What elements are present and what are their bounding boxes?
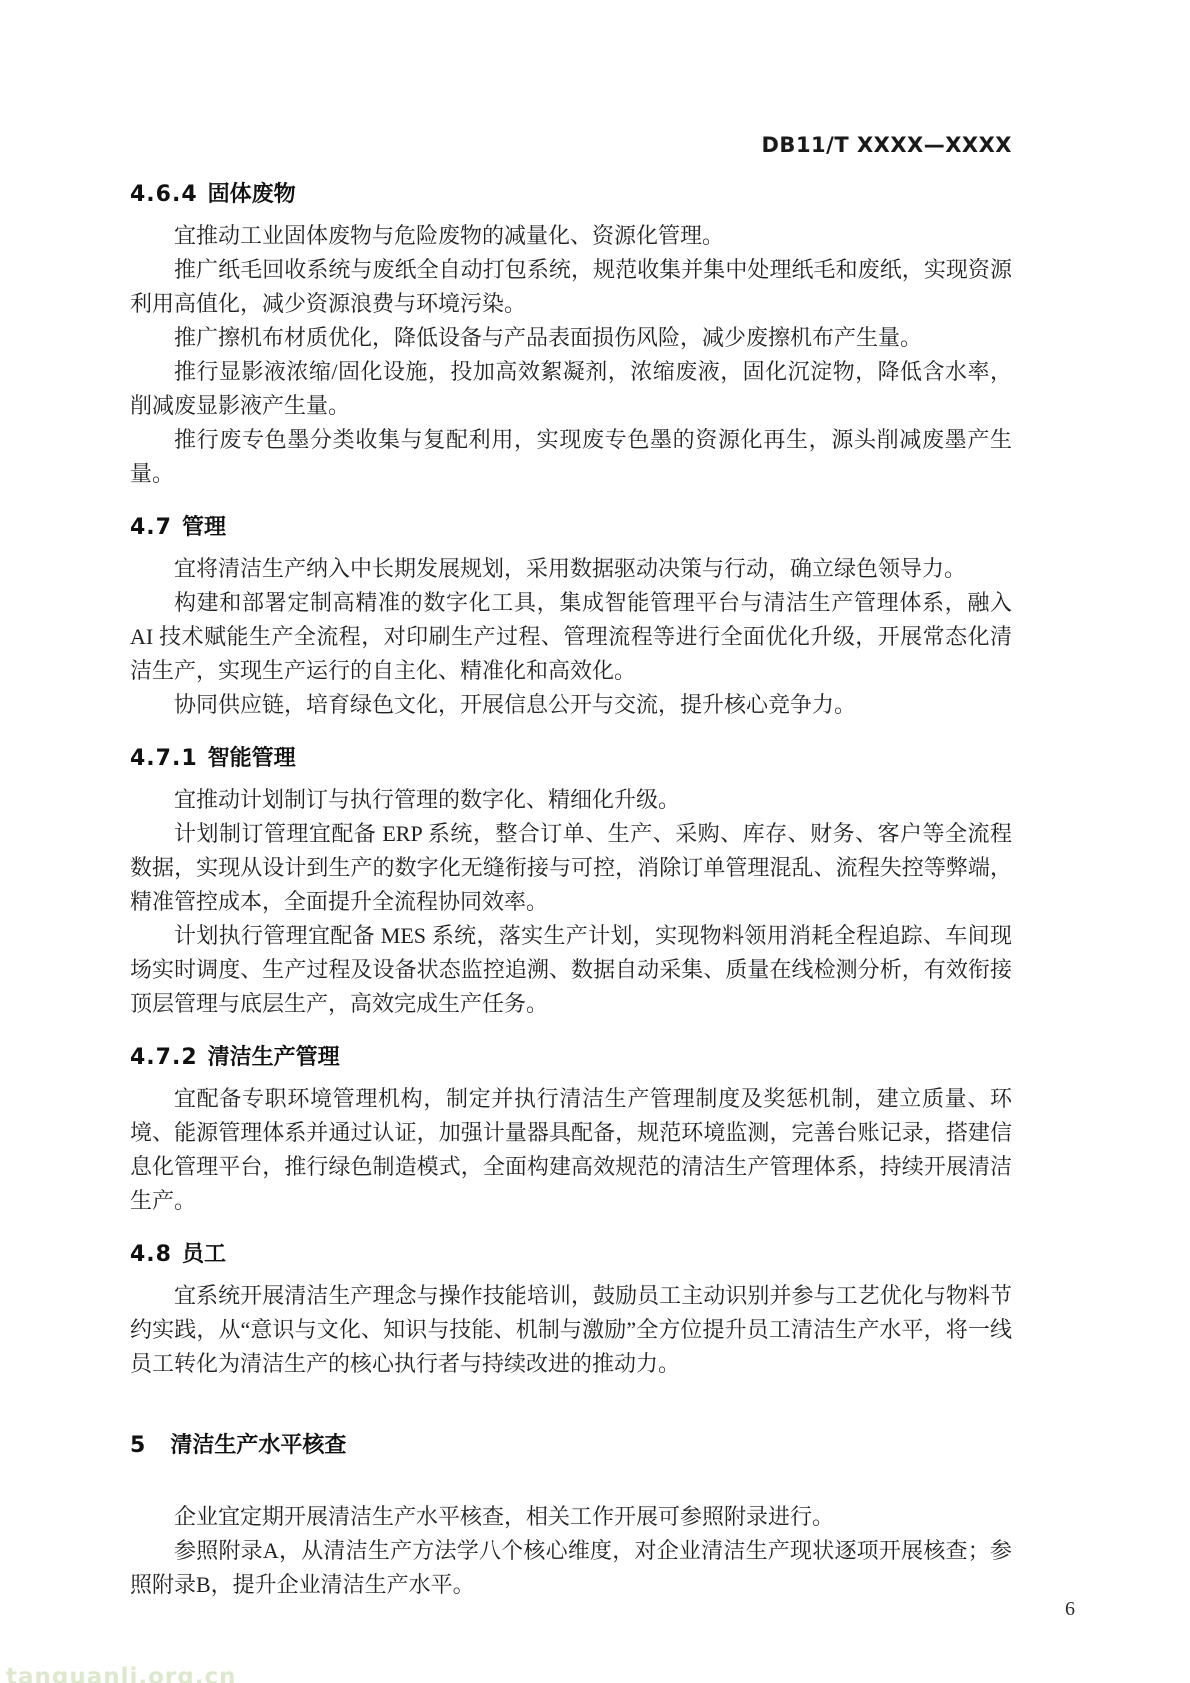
paragraph: 计划执行管理宜配备 MES 系统，落实生产计划，实现物料领用消耗全程追踪、车间现… — [130, 919, 1012, 1021]
paragraph: 协同供应链，培育绿色文化，开展信息公开与交流，提升核心竞争力。 — [130, 688, 1012, 722]
section-title: 清洁生产管理 — [208, 1043, 340, 1071]
paragraph: 推行废专色墨分类收集与复配利用，实现废专色墨的资源化再生，源头削减废墨产生量。 — [130, 423, 1012, 491]
paragraph: 参照附录A，从清洁生产方法学八个核心维度，对企业清洁生产现状逐项开展核查；参照附… — [130, 1534, 1012, 1602]
section-number: 4.7.2 — [130, 1044, 198, 1072]
section-number: 4.6.4 — [130, 181, 198, 209]
paragraph: 推广纸毛回收系统与废纸全自动打包系统，规范收集并集中处理纸毛和废纸，实现资源利用… — [130, 253, 1012, 321]
section-heading-4-6-4: 4.6.4 固体废物 — [130, 180, 1012, 209]
section-number: 4.7 — [130, 514, 172, 542]
paragraph: 推行显影液浓缩/固化设施，投加高效絮凝剂，浓缩废液，固化沉淀物，降低含水率，削减… — [130, 355, 1012, 423]
paragraph: 宜系统开展清洁生产理念与操作技能培训，鼓励员工主动识别并参与工艺优化与物料节约实… — [130, 1279, 1012, 1381]
paragraph: 宜推动工业固体废物与危险废物的减量化、资源化管理。 — [130, 219, 1012, 253]
document-code-header: DB11/T XXXX—XXXX — [130, 132, 1012, 158]
section-heading-4-8: 4.8 员工 — [130, 1240, 1012, 1269]
section-title: 员工 — [182, 1240, 226, 1268]
document-page: DB11/T XXXX—XXXX 4.6.4 固体废物 宜推动工业固体废物与危险… — [0, 0, 1190, 1683]
section-number: 4.7.1 — [130, 745, 198, 773]
section-heading-4-7-1: 4.7.1 智能管理 — [130, 744, 1012, 773]
chapter-heading-5: 5 清洁生产水平核查 — [130, 1431, 1012, 1460]
paragraph: 构建和部署定制高精准的数字化工具，集成智能管理平台与清洁生产管理体系，融入 AI… — [130, 586, 1012, 688]
chapter-number: 5 — [130, 1432, 146, 1460]
paragraph: 企业宜定期开展清洁生产水平核查，相关工作开展可参照附录进行。 — [130, 1500, 1012, 1534]
paragraph: 计划制订管理宜配备 ERP 系统，整合订单、生产、采购、库存、财务、客户等全流程… — [130, 817, 1012, 919]
section-title: 智能管理 — [208, 744, 296, 772]
paragraph: 宜推动计划制订与执行管理的数字化、精细化升级。 — [130, 783, 1012, 817]
section-heading-4-7: 4.7 管理 — [130, 513, 1012, 542]
watermark: tanguanli.org.cn — [6, 1664, 236, 1683]
paragraph: 宜配备专职环境管理机构，制定并执行清洁生产管理制度及奖惩机制，建立质量、环境、能… — [130, 1082, 1012, 1218]
paragraph: 宜将清洁生产纳入中长期发展规划，采用数据驱动决策与行动，确立绿色领导力。 — [130, 552, 1012, 586]
section-title: 固体废物 — [208, 180, 296, 208]
page-number: 6 — [1065, 1598, 1075, 1621]
section-number: 4.8 — [130, 1241, 172, 1269]
chapter-title: 清洁生产水平核查 — [170, 1431, 346, 1459]
section-title: 管理 — [182, 513, 226, 541]
section-heading-4-7-2: 4.7.2 清洁生产管理 — [130, 1043, 1012, 1072]
paragraph: 推广擦机布材质优化，降低设备与产品表面损伤风险，减少废擦机布产生量。 — [130, 321, 1012, 355]
